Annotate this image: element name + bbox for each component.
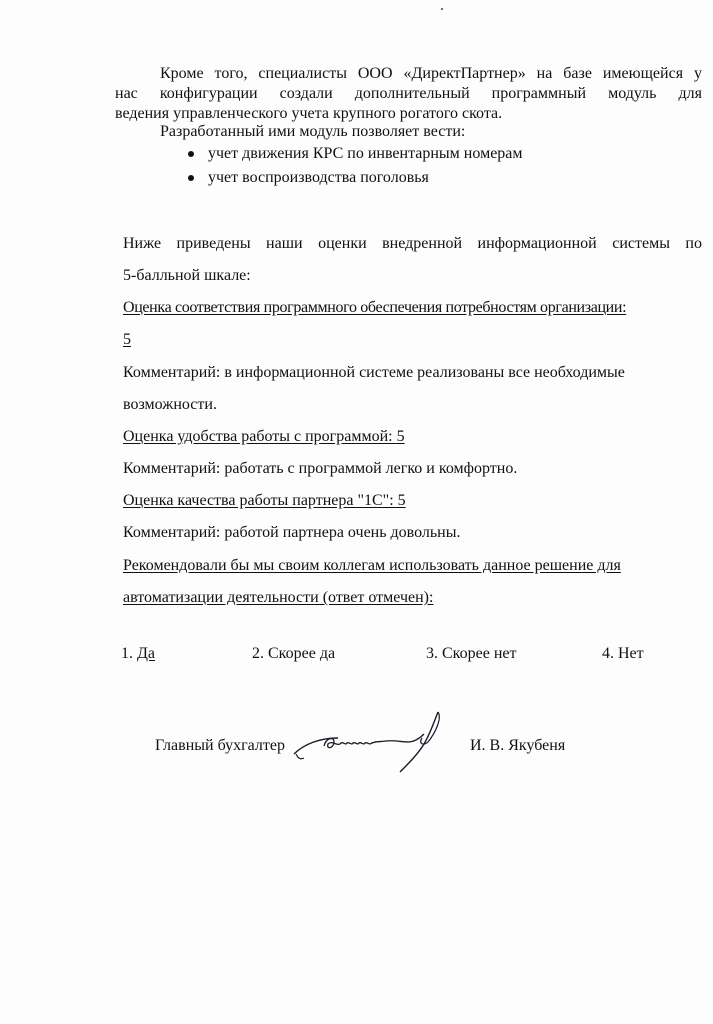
scan-speck <box>441 8 443 10</box>
option-label: Нет <box>618 645 644 662</box>
handwritten-signature-icon <box>290 708 450 778</box>
rating-software-fit-score: 5 <box>123 330 131 350</box>
rating-partner-label: Оценка качества работы партнера "1С": 5 <box>123 491 406 511</box>
bullet-icon <box>188 151 194 157</box>
signature-position: Главный бухгалтер <box>155 736 285 756</box>
option-no: 4. Нет <box>602 644 644 664</box>
option-label-selected: Да <box>137 645 155 662</box>
recommendation-question-2: автоматизации деятельности (ответ отмече… <box>123 588 433 608</box>
option-number: 3. <box>426 645 442 662</box>
bullet-item: учет воспроизводства поголовья <box>208 168 429 188</box>
option-label: Скорее да <box>268 645 335 662</box>
rating-software-fit-comment-1: Комментарий: в информационной системе ре… <box>123 363 625 383</box>
bullet-item: учет движения КРС по инвентарным номерам <box>208 144 523 164</box>
option-number: 2. <box>252 645 268 662</box>
option-yes: 1. Да <box>121 644 155 664</box>
option-number: 4. <box>602 645 618 662</box>
rating-software-fit-comment-2: возможности. <box>123 395 217 415</box>
option-label: Скорее нет <box>442 645 517 662</box>
option-rather-yes: 2. Скорее да <box>252 644 335 664</box>
rating-usability-comment: Комментарий: работать с программой легко… <box>123 459 517 479</box>
document-page: Кроме того, специалисты ООО «ДиректПартн… <box>0 0 713 1024</box>
rating-usability-label: Оценка удобства работы с программой: 5 <box>123 427 405 447</box>
ratings-intro-line-1: Ниже приведены наши оценки внедренной ин… <box>123 234 702 254</box>
intro-line-4: Разработанный ими модуль позволяет вести… <box>160 122 465 142</box>
intro-line-3: ведения управленческого учета крупного р… <box>115 104 502 124</box>
intro-line-2: нас конфигурации создали дополнительный … <box>115 84 702 104</box>
recommendation-question-1: Рекомендовали бы мы своим коллегам испол… <box>123 556 621 576</box>
intro-line-1: Кроме того, специалисты ООО «ДиректПартн… <box>160 64 702 84</box>
signatory-name: И. В. Якубеня <box>470 736 565 756</box>
rating-partner-comment: Комментарий: работой партнера очень дово… <box>123 523 461 543</box>
ratings-intro-line-2: 5-балльной шкале: <box>123 266 251 286</box>
bullet-icon <box>188 175 194 181</box>
rating-software-fit-label: Оценка соответствия программного обеспеч… <box>123 298 626 318</box>
option-number: 1. <box>121 645 137 662</box>
option-rather-no: 3. Скорее нет <box>426 644 517 664</box>
